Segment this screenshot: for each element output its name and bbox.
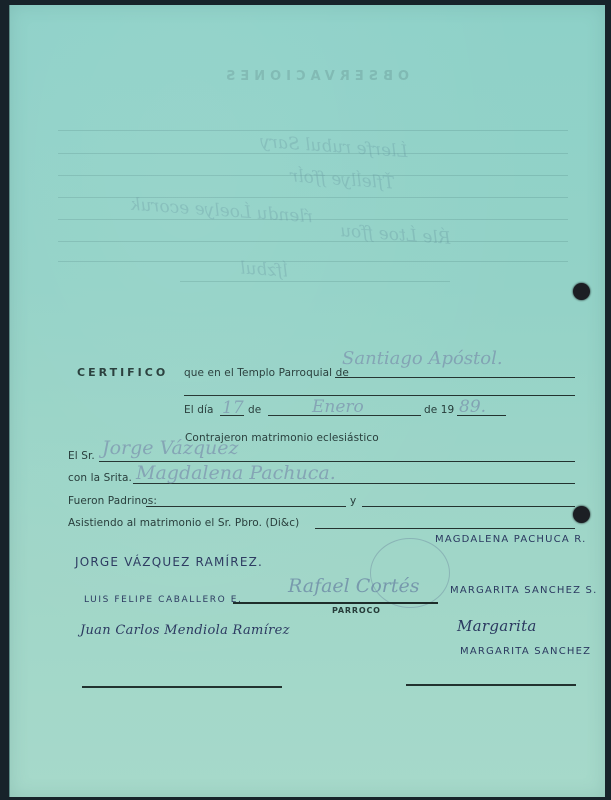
godparent-2-field-line[interactable] — [362, 506, 575, 507]
groom-label: El Sr. — [68, 450, 95, 462]
priest-label: Asistiendo al matrimonio el Sr. Pbro. (D… — [68, 517, 299, 529]
temple-value: Santiago Apóstol. — [342, 348, 503, 369]
witness-left-1-signature: LUIS FELIPE CABALLERO E. — [84, 595, 243, 605]
witness-right-1-signature: MARGARITA SANCHEZ S. — [450, 585, 598, 596]
witness-left-2-signature: Juan Carlos Mendiola Ramírez — [80, 623, 290, 638]
year-label: de 19 — [424, 404, 454, 416]
groom-printed-signature: JORGE VÁZQUEZ RAMÍREZ. — [75, 555, 263, 569]
punch-hole-upper — [573, 283, 590, 300]
parroco-signature-line — [233, 602, 438, 604]
parroco-signature: Rafael Cortés — [288, 575, 419, 597]
bride-value: Magdalena Pachuca. — [136, 462, 336, 484]
godparents-label: Fueron Padrinos: — [68, 495, 157, 507]
godparents-and-label: y — [350, 495, 356, 507]
temple-field-line-2[interactable] — [184, 395, 575, 396]
certifico-heading: CERTIFICO — [77, 366, 168, 379]
year-value: 89. — [459, 397, 486, 417]
month-value: Enero — [312, 397, 364, 417]
bride-printed-signature: MAGDALENA PACHUCA R. — [435, 534, 586, 545]
certificate-sheet: OBSERVACIONES Ĺlerfe rubul Sary Ťfleĺlye… — [9, 5, 605, 797]
witness-right-2-printed: MARGARITA SANCHEZ — [460, 646, 591, 657]
punch-hole-lower — [573, 506, 590, 523]
parish-seal — [370, 538, 450, 608]
witness-right-2-signature: Margarita — [457, 617, 537, 635]
signature-line-left — [82, 686, 282, 688]
groom-value: Jorge Vázquez — [102, 437, 239, 459]
temple-label: que en el Templo Parroquial de — [184, 367, 349, 379]
signature-line-right — [406, 684, 576, 686]
godparent-1-field-line[interactable] — [146, 506, 346, 507]
day-label: El día — [184, 404, 214, 416]
bride-label: con la Srita. — [68, 472, 132, 484]
reverse-bleed-through: OBSERVACIONES Ĺlerfe rubul Sary Ťfleĺlye… — [10, 5, 605, 797]
parroco-label: PARROCO — [332, 606, 381, 615]
day-value: 17 — [222, 398, 244, 418]
temple-field-line[interactable] — [335, 377, 575, 378]
month-label: de — [248, 404, 261, 416]
reverse-title: OBSERVACIONES — [220, 69, 410, 84]
priest-field-line[interactable] — [315, 528, 575, 529]
